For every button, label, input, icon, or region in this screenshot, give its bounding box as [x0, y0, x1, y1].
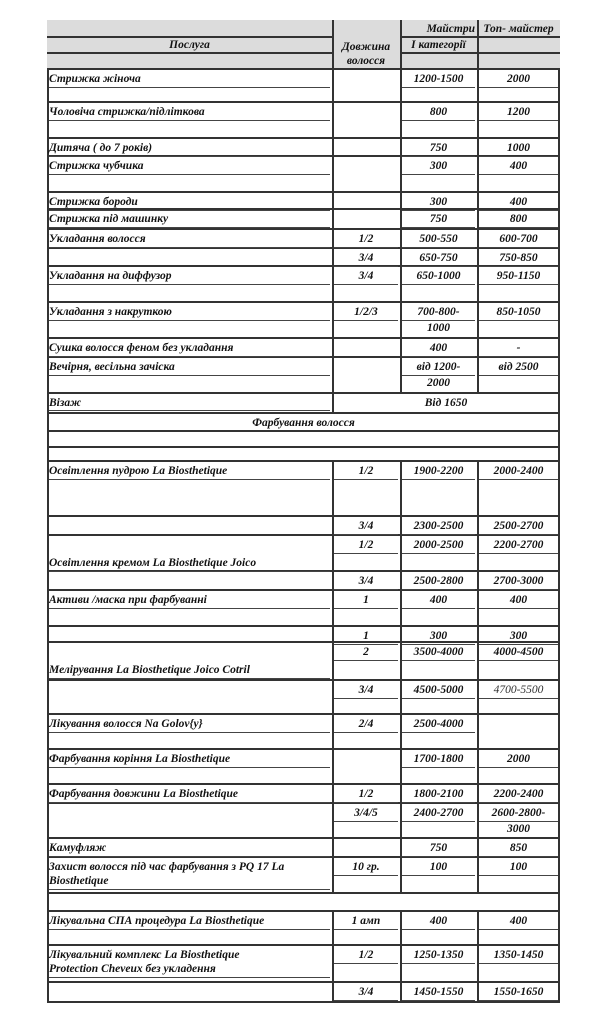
cell-underline: [49, 856, 330, 857]
column-border: [400, 20, 402, 70]
top-master-price: 2000: [477, 72, 560, 86]
service-name: Укладання волосся: [47, 232, 332, 246]
cell-underline: [479, 375, 558, 376]
cell-underline: [49, 608, 330, 609]
service-name: Укладання на диффузор: [47, 269, 332, 283]
service-name: Стрижка бороди: [47, 195, 332, 209]
cell-underline: [49, 732, 330, 733]
cell-underline: [479, 660, 558, 661]
master-price: 1900-2200: [400, 464, 477, 478]
cell-underline: [479, 802, 558, 803]
cell-underline: [479, 210, 558, 211]
cell-underline: [49, 929, 330, 930]
service-name-cont: Protection Cheveux без укладення: [47, 962, 332, 976]
cell-underline: [479, 1000, 558, 1001]
cell-underline: [479, 929, 558, 930]
service-name: Сушка волосся феном без укладання: [47, 341, 332, 355]
row-border: [47, 228, 560, 230]
cell-underline: [402, 284, 475, 285]
cell-underline: [49, 247, 330, 248]
master-price: 700-800-: [400, 305, 477, 319]
master-price: 1450-1550: [400, 985, 477, 999]
cell-underline: [402, 356, 475, 357]
cell-underline: [49, 87, 330, 88]
cell-underline: [334, 963, 398, 964]
cell-underline: [334, 284, 398, 285]
hair-length: 1: [332, 593, 400, 607]
service-name: Освітлення пудрою La Biosthetique: [47, 464, 332, 478]
master-price: 2500-4000: [400, 717, 477, 731]
hair-length: 1/2: [332, 948, 400, 962]
service-name: Захист волосся під час фарбування з PQ 1…: [47, 860, 332, 874]
row-border: [47, 101, 560, 103]
master-price-cont: 2000: [400, 376, 477, 390]
top-master-price: 800: [477, 212, 560, 226]
cell-underline: [334, 821, 398, 822]
top-master-price-cont: 3000: [477, 822, 560, 836]
cell-underline: [402, 963, 475, 964]
cell-underline: [479, 534, 558, 535]
header-masters: Майстри: [400, 22, 477, 36]
row-border: [47, 301, 560, 303]
cell-underline: [402, 320, 475, 321]
top-master-price: 100: [477, 860, 560, 874]
cell-underline: [49, 889, 330, 890]
cell-underline: [49, 410, 330, 411]
hair-length: 1/2: [332, 787, 400, 801]
service-name: Вечірня, весільна зачіска: [47, 360, 332, 374]
cell-underline: [334, 875, 398, 876]
service-name: Лікування волосся Na Golov{y}: [47, 717, 332, 731]
master-price: 650-750: [400, 251, 477, 265]
cell-underline: [479, 821, 558, 822]
cell-underline: [334, 732, 398, 733]
service-name: Освітлення кремом La Biosthetique Joico: [47, 556, 332, 570]
cell-underline: [479, 698, 558, 699]
top-master-price: 600-700: [477, 232, 560, 246]
hair-length: 1: [332, 629, 400, 643]
cell-underline: [49, 571, 330, 572]
cell-underline: [402, 802, 475, 803]
cell-underline: [334, 320, 398, 321]
row-border: [47, 1001, 560, 1003]
cell-underline: [479, 589, 558, 590]
cell-underline: [479, 479, 558, 480]
cell-underline: [334, 479, 398, 480]
master-price: від 1200-: [400, 360, 477, 374]
row-border: [47, 910, 560, 912]
master-price: 2500-2800: [400, 574, 477, 588]
cell-underline: [402, 227, 475, 228]
cell-underline: [479, 608, 558, 609]
top-master-price: від 2500: [477, 360, 560, 374]
cell-underline: [479, 120, 558, 121]
column-border: [332, 139, 334, 157]
cell-underline: [479, 174, 558, 175]
cell-underline: [479, 284, 558, 285]
row-border: [47, 783, 560, 785]
cell-underline: [49, 356, 330, 357]
cell-underline: [334, 553, 398, 554]
cell-underline: [402, 156, 475, 157]
hair-length: 3/4: [332, 574, 400, 588]
top-master-price: 1000: [477, 141, 560, 155]
cell-underline: [334, 266, 398, 267]
cell-underline: [402, 87, 475, 88]
cell-underline: [334, 660, 398, 661]
cell-underline: [479, 356, 558, 357]
master-price: 800: [400, 105, 477, 119]
service-name: Дитяча ( до 7 років): [47, 141, 332, 155]
master-price: 1700-1800: [400, 752, 477, 766]
top-master-price: 2000: [477, 752, 560, 766]
service-name: Візаж: [47, 396, 332, 410]
hair-length: 2/4: [332, 717, 400, 731]
header-masters-2: І категорії: [400, 38, 477, 52]
header-top-master: Топ- майстер: [477, 22, 560, 36]
top-master-price: 2600-2800-: [477, 806, 560, 820]
cell-underline: [402, 210, 475, 211]
master-price: 750: [400, 841, 477, 855]
cell-underline: [402, 479, 475, 480]
top-master-price: 2200-2700: [477, 538, 560, 552]
cell-underline: [334, 1000, 398, 1001]
cell-underline: [334, 929, 398, 930]
cell-underline: [402, 534, 475, 535]
top-master-price: 300: [477, 629, 560, 643]
section-title: Фарбування волосся: [47, 416, 560, 430]
header-divider: [400, 36, 560, 38]
cell-underline: [49, 767, 330, 768]
hair-length: 3/4: [332, 985, 400, 999]
column-border: [332, 193, 334, 210]
top-master-price: 4700-5500: [477, 683, 560, 697]
master-price: 3500-4000: [400, 645, 477, 659]
section-divider: [47, 430, 560, 432]
header-divider: [47, 36, 332, 38]
cell-underline: [402, 247, 475, 248]
master-price: 650-1000: [400, 269, 477, 283]
cell-underline: [49, 375, 330, 376]
cell-underline: [49, 284, 330, 285]
cell-underline: [402, 1000, 475, 1001]
row-border: [47, 446, 560, 448]
hair-length: 1/2: [332, 464, 400, 478]
column-border: [332, 157, 334, 193]
cell-underline: [402, 875, 475, 876]
cell-underline: [49, 210, 330, 211]
hair-length: 3/4: [332, 519, 400, 533]
service-name: Стрижка жіноча: [47, 72, 332, 86]
row-border: [47, 337, 560, 339]
service-name: Мелірування La Biosthetique Joico Cotril: [47, 663, 332, 677]
top-master-price: 1200: [477, 105, 560, 119]
column-border: [332, 339, 334, 358]
cell-underline: [479, 875, 558, 876]
master-price: 1200-1500: [400, 72, 477, 86]
master-price: 750: [400, 212, 477, 226]
row-border: [47, 412, 560, 414]
column-border: [332, 103, 334, 139]
cell-underline: [479, 767, 558, 768]
hair-length: 2: [332, 645, 400, 659]
service-name: Лікувальна СПА процедура La Biosthetique: [47, 914, 332, 928]
top-master-price: 1550-1650: [477, 985, 560, 999]
service-name: Стрижка чубчика: [47, 159, 332, 173]
top-master-price: 400: [477, 195, 560, 209]
cell-underline: [479, 87, 558, 88]
cell-underline: [402, 120, 475, 121]
hair-length: 1/2: [332, 538, 400, 552]
cell-underline: [402, 821, 475, 822]
hair-length: 10 гр.: [332, 860, 400, 874]
master-price: 500-550: [400, 232, 477, 246]
cell-underline: [49, 977, 330, 978]
row-border: [47, 892, 560, 894]
cell-underline: [402, 608, 475, 609]
top-master-price: 850-1050: [477, 305, 560, 319]
master-price: 1800-2100: [400, 787, 477, 801]
service-name: Камуфляж: [47, 841, 332, 855]
top-master-price: 2000-2400: [477, 464, 560, 478]
cell-underline: [334, 698, 398, 699]
column-border: [332, 750, 334, 785]
hair-length: 3/4: [332, 251, 400, 265]
master-price-cont: 1000: [400, 321, 477, 335]
cell-underline: [49, 802, 330, 803]
header-length: Довжина: [332, 40, 400, 54]
master-price: 100: [400, 860, 477, 874]
top-master-price: 400: [477, 593, 560, 607]
service-name: Лікувальний комплекс La Biosthetique: [47, 948, 332, 962]
cell-underline: [402, 856, 475, 857]
cell-underline: [402, 929, 475, 930]
cell-underline: [479, 963, 558, 964]
cell-underline: [402, 589, 475, 590]
row-border: [47, 625, 560, 627]
row-border: [47, 392, 560, 394]
master-price: 2300-2500: [400, 519, 477, 533]
row-border: [47, 837, 560, 839]
cell-underline: [402, 660, 475, 661]
master-price: 300: [400, 629, 477, 643]
cell-underline: [334, 247, 398, 248]
top-master-price: 1350-1450: [477, 948, 560, 962]
service-name: Активи /маска при фарбуванні: [47, 593, 332, 607]
row-border: [47, 679, 560, 681]
header-divider: [477, 52, 560, 54]
top-master-price: 4000-4500: [477, 645, 560, 659]
hair-length: 1/2/3: [332, 305, 400, 319]
combined-price: Від 1650: [332, 396, 560, 410]
master-price: 300: [400, 195, 477, 209]
cell-underline: [402, 174, 475, 175]
cell-underline: [49, 227, 330, 228]
service-name: Стрижка під машинку: [47, 212, 332, 226]
cell-underline: [479, 266, 558, 267]
cell-underline: [49, 320, 330, 321]
cell-underline: [334, 589, 398, 590]
column-border: [477, 20, 479, 70]
top-master-price: 400: [477, 159, 560, 173]
row-border: [47, 748, 560, 750]
master-price: 400: [400, 914, 477, 928]
cell-underline: [402, 698, 475, 699]
cell-underline: [334, 608, 398, 609]
cell-underline: [49, 479, 330, 480]
column-border: [332, 210, 334, 230]
top-master-price: 2200-2400: [477, 787, 560, 801]
cell-underline: [49, 678, 330, 679]
hair-length: 3/4/5: [332, 806, 400, 820]
header-service: Послуга: [47, 38, 332, 52]
header-length-2: волосся: [332, 54, 400, 68]
service-name: Укладання з накруткою: [47, 305, 332, 319]
service-name: Фарбування коріння La Biosthetique: [47, 752, 332, 766]
master-price: 300: [400, 159, 477, 173]
row-border: [47, 981, 560, 983]
master-price: 4500-5000: [400, 683, 477, 697]
cell-underline: [402, 375, 475, 376]
top-master-price: -: [477, 341, 560, 355]
cell-underline: [402, 732, 475, 733]
column-border: [477, 715, 479, 750]
row-border: [47, 137, 560, 139]
top-master-price: 2500-2700: [477, 519, 560, 533]
cell-underline: [49, 156, 330, 157]
master-price: 750: [400, 141, 477, 155]
header-divider: [47, 52, 332, 54]
column-border: [332, 839, 334, 858]
column-border: [332, 358, 334, 394]
master-price: 2400-2700: [400, 806, 477, 820]
master-price: 1250-1350: [400, 948, 477, 962]
cell-underline: [479, 320, 558, 321]
column-border: [332, 70, 334, 103]
cell-underline: [402, 266, 475, 267]
top-master-price: 850: [477, 841, 560, 855]
row-border: [47, 515, 560, 517]
header-divider: [400, 52, 477, 54]
top-master-price: 750-850: [477, 251, 560, 265]
cell-underline: [49, 174, 330, 175]
cell-underline: [479, 856, 558, 857]
cell-underline: [479, 553, 558, 554]
hair-length: 1/2: [332, 232, 400, 246]
hair-length: 1 амп: [332, 914, 400, 928]
cell-underline: [49, 120, 330, 121]
row-border: [47, 191, 560, 193]
cell-underline: [334, 802, 398, 803]
header-bottom-border: [47, 68, 560, 70]
hair-length: 3/4: [332, 683, 400, 697]
column-border: [332, 20, 334, 70]
top-master-price: 950-1150: [477, 269, 560, 283]
row-border: [47, 944, 560, 946]
cell-underline: [479, 156, 558, 157]
cell-underline: [334, 534, 398, 535]
row-border: [47, 460, 560, 462]
cell-underline: [402, 767, 475, 768]
master-price: 400: [400, 593, 477, 607]
service-name: Фарбування довжини La Biosthetique: [47, 787, 332, 801]
row-border: [47, 713, 560, 715]
top-master-price: 400: [477, 914, 560, 928]
hair-length: 3/4: [332, 269, 400, 283]
master-price: 2000-2500: [400, 538, 477, 552]
cell-underline: [479, 247, 558, 248]
top-master-price: 2700-3000: [477, 574, 560, 588]
service-name-cont: Biosthetique: [47, 874, 332, 888]
cell-underline: [402, 553, 475, 554]
master-price: 400: [400, 341, 477, 355]
service-name: Чоловіча стрижка/підліткова: [47, 105, 332, 119]
cell-underline: [479, 227, 558, 228]
